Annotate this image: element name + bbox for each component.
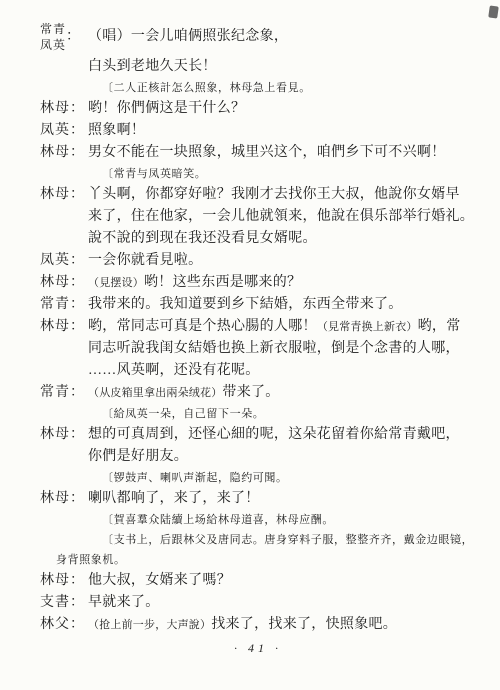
- dialogue-text: 想的可真周到，还怪心細的呢，这朵花留着你給常青戴吧，: [88, 424, 460, 446]
- speaker-name: 林母: [40, 573, 70, 588]
- speaker-name: 林母: [40, 187, 70, 202]
- script-line: 常青： 我带来的。我知道要到乡下結婚，东西全带来了。: [40, 294, 476, 316]
- colon: ：: [70, 101, 85, 116]
- script-line: 常青 凤英 ： （唱）一会儿咱俩照张纪念象，: [40, 18, 476, 56]
- dialogue-continuation: 白头到老地久天长！: [88, 56, 217, 78]
- dialogue-text: （抢上前一步，大声說）找来了，找来了，快照象吧。: [88, 614, 397, 636]
- script-line: 凤英： 一会你就看見啦。: [40, 250, 476, 272]
- dialogue-text: 喇叭都响了，来了，来了！: [88, 488, 260, 510]
- speaker-name: 林母: [40, 101, 70, 116]
- page-number: · 41 ·: [40, 641, 476, 656]
- speaker-names: 常青 凤英: [40, 21, 66, 53]
- speaker-label: 林母：: [40, 488, 88, 510]
- script-line: 〔給凤英一朵，自己留下一朵。: [40, 404, 476, 424]
- script-line: 你們是好朋友。: [40, 446, 476, 468]
- speaker-label: 林母：: [40, 184, 88, 206]
- dialogue-text: 哟，常同志可真是个热心腸的人哪！（見常青换上新衣）哟，常: [88, 316, 461, 338]
- speaker-name: 常青: [40, 385, 70, 400]
- speaker-name: 凤英: [40, 123, 70, 138]
- script-line: 林母： （見摆设）哟！这些东西是哪来的？: [40, 272, 476, 294]
- speaker-label: 林母：: [40, 316, 88, 338]
- script-line: 林母： 喇叭都响了，来了，来了！: [40, 488, 476, 510]
- dialogue-continuation: ……风英啊，还没有花呢。: [88, 360, 260, 382]
- script-line: 常青： （从皮箱里拿出兩朵绒花）带来了。: [40, 382, 476, 404]
- script-line: 白头到老地久天长！: [40, 56, 476, 78]
- dialogue-text-main: 找来了，找来了，快照象吧。: [211, 617, 397, 632]
- script-line: 林母： 哟，常同志可真是个热心腸的人哪！（見常青换上新衣）哟，常: [40, 316, 476, 338]
- colon: ：: [70, 319, 85, 334]
- script-line: 身背照象机。: [40, 550, 476, 570]
- dialogue-text-main: 哟！这些东西是哪来的？: [144, 275, 301, 290]
- speaker-label: 凤英：: [40, 120, 88, 142]
- speaker-name: 林母: [40, 275, 70, 290]
- stage-direction: 〔支书上，后跟林父及唐同志。唐身穿料子服，整整齐齐，戴金边眼镜，: [102, 530, 473, 550]
- dialogue-text-main: 哟，常同志可真是个热心腸的人哪！: [88, 319, 317, 334]
- colon: ：: [70, 297, 85, 312]
- dialogue-continuation: 你們是好朋友。: [88, 446, 188, 468]
- dialogue-continuation: 来了，住在他家，一会儿他就領来，他說在俱乐部举行婚礼。: [88, 206, 474, 228]
- scan-artifact: [488, 5, 499, 18]
- speaker-label: 凤英：: [40, 250, 88, 272]
- colon: ：: [70, 573, 85, 588]
- speaker-top: 常青: [40, 21, 66, 37]
- speaker-name: 林母: [40, 319, 70, 334]
- speaker-name: 凤英: [40, 253, 70, 268]
- script-line: 〔常青与凤英暗笑。: [40, 164, 476, 184]
- speaker-name: 常青: [40, 297, 70, 312]
- speaker-name: 林父: [40, 617, 70, 632]
- script-line: 〔支书上，后跟林父及唐同志。唐身穿料子服，整整齐齐，戴金边眼镜，: [40, 530, 476, 550]
- colon: ：: [70, 491, 85, 506]
- stage-direction: 〔二人正核計怎么照象，林母急上看見。: [102, 78, 311, 98]
- dialogue-text: 哟！你們俩这是干什么？: [88, 98, 245, 120]
- speaker-label-dual: 常青 凤英 ：: [40, 21, 88, 53]
- dialogue-text: （見摆设）哟！这些东西是哪来的？: [88, 272, 301, 294]
- colon: ：: [70, 145, 85, 160]
- script-line: 林父： （抢上前一步，大声說）找来了，找来了，快照象吧。: [40, 614, 476, 636]
- script-line: 林母： 他大叔，女婿来了嗎？: [40, 570, 476, 592]
- colon: ：: [70, 595, 85, 610]
- dialogue-text: 一会你就看見啦。: [88, 250, 202, 272]
- speaker-name: 林母: [40, 427, 70, 442]
- dialogue-text: 照象啊！: [88, 120, 145, 142]
- speaker-name: 林母: [40, 145, 70, 160]
- stage-direction: 〔常青与凤英暗笑。: [102, 164, 206, 184]
- speaker-label: 常青：: [40, 294, 88, 316]
- speaker-bottom: 凤英: [40, 37, 66, 53]
- dialogue-text: 丫头啊，你都穿好啦？我刚才去找你王大叔，他說你女婿早: [88, 184, 460, 206]
- dialogue-continuation: 同志听說我闺女結婚也换上新衣服啦，倒是个念書的人哪，: [88, 338, 460, 360]
- stage-direction-continuation: 身背照象机。: [56, 550, 126, 570]
- script-line: 林母： 哟！你們俩这是干什么？: [40, 98, 476, 120]
- colon: ：: [70, 427, 85, 442]
- dialogue-continuation: 說不說的到现在我还没看見女婿呢。: [88, 228, 317, 250]
- colon: ：: [70, 123, 85, 138]
- colon: ：: [70, 253, 85, 268]
- speaker-label: 林母：: [40, 424, 88, 446]
- stage-direction: 〔锣鼓声、喇叭声渐起，隐约可聞。: [102, 468, 288, 488]
- script-line: 凤英： 照象啊！: [40, 120, 476, 142]
- inline-stage-direction: （見常青换上新衣）: [317, 321, 418, 333]
- speaker-label: 林母：: [40, 142, 88, 164]
- speaker-name: 林母: [40, 491, 70, 506]
- speaker-label: 林母：: [40, 272, 88, 294]
- script-line: 林母： 丫头啊，你都穿好啦？我刚才去找你王大叔，他說你女婿早: [40, 184, 476, 206]
- dialogue-text: （从皮箱里拿出兩朵绒花）带来了。: [88, 382, 280, 404]
- script-line: ……风英啊，还没有花呢。: [40, 360, 476, 382]
- colon: ：: [70, 275, 85, 290]
- stage-direction: 〔賀喜羣众陆續上场給林母道喜，林母应酬。: [102, 510, 334, 530]
- inline-stage-direction: （抢上前一步，大声說）: [88, 619, 211, 631]
- dialogue-text: 他大叔，女婿来了嗎？: [88, 570, 231, 592]
- dialogue-text: 早就来了。: [88, 592, 160, 614]
- script-line: 〔锣鼓声、喇叭声渐起，隐约可聞。: [40, 468, 476, 488]
- dialogue-text-main: 带来了。: [222, 385, 279, 400]
- script-line: 〔賀喜羣众陆續上场給林母道喜，林母应酬。: [40, 510, 476, 530]
- dialogue-text: 我带来的。我知道要到乡下結婚，东西全带来了。: [88, 294, 403, 316]
- speaker-label: 林母：: [40, 570, 88, 592]
- inline-stage-direction: （从皮箱里拿出兩朵绒花）: [88, 387, 222, 399]
- script-line: 支書： 早就来了。: [40, 592, 476, 614]
- colon: ：: [70, 385, 85, 400]
- dialogue-text-after: 哟，常: [418, 319, 461, 334]
- speaker-label: 林父：: [40, 614, 88, 636]
- script-line: 〔二人正核計怎么照象，林母急上看見。: [40, 78, 476, 98]
- inline-stage-direction: （見摆设）: [88, 277, 144, 289]
- speaker-label: 林母：: [40, 98, 88, 120]
- colon: ：: [70, 187, 85, 202]
- script-line: 林母： 想的可真周到，还怪心細的呢，这朵花留着你給常青戴吧，: [40, 424, 476, 446]
- speaker-label: 常青：: [40, 382, 88, 404]
- script-line: 同志听說我闺女結婚也换上新衣服啦，倒是个念書的人哪，: [40, 338, 476, 360]
- dialogue-text: （唱）一会儿咱俩照张纪念象，: [88, 26, 288, 48]
- dialogue-text: 男女不能在一块照象，城里兴这个，咱們乡下可不兴啊！: [88, 142, 446, 164]
- colon: ：: [70, 617, 85, 632]
- script-line: 来了，住在他家，一会儿他就領来，他說在俱乐部举行婚礼。: [40, 206, 476, 228]
- colon: ：: [66, 26, 80, 48]
- stage-direction: 〔給凤英一朵，自己留下一朵。: [102, 404, 264, 424]
- speaker-name: 支書: [40, 595, 70, 610]
- script-line: 林母： 男女不能在一块照象，城里兴这个，咱們乡下可不兴啊！: [40, 142, 476, 164]
- script-page: 常青 凤英 ： （唱）一会儿咱俩照张纪念象， 白头到老地久天长！ 〔二人正核計怎…: [0, 0, 500, 690]
- script-line: 說不說的到现在我还没看見女婿呢。: [40, 228, 476, 250]
- speaker-label: 支書：: [40, 592, 88, 614]
